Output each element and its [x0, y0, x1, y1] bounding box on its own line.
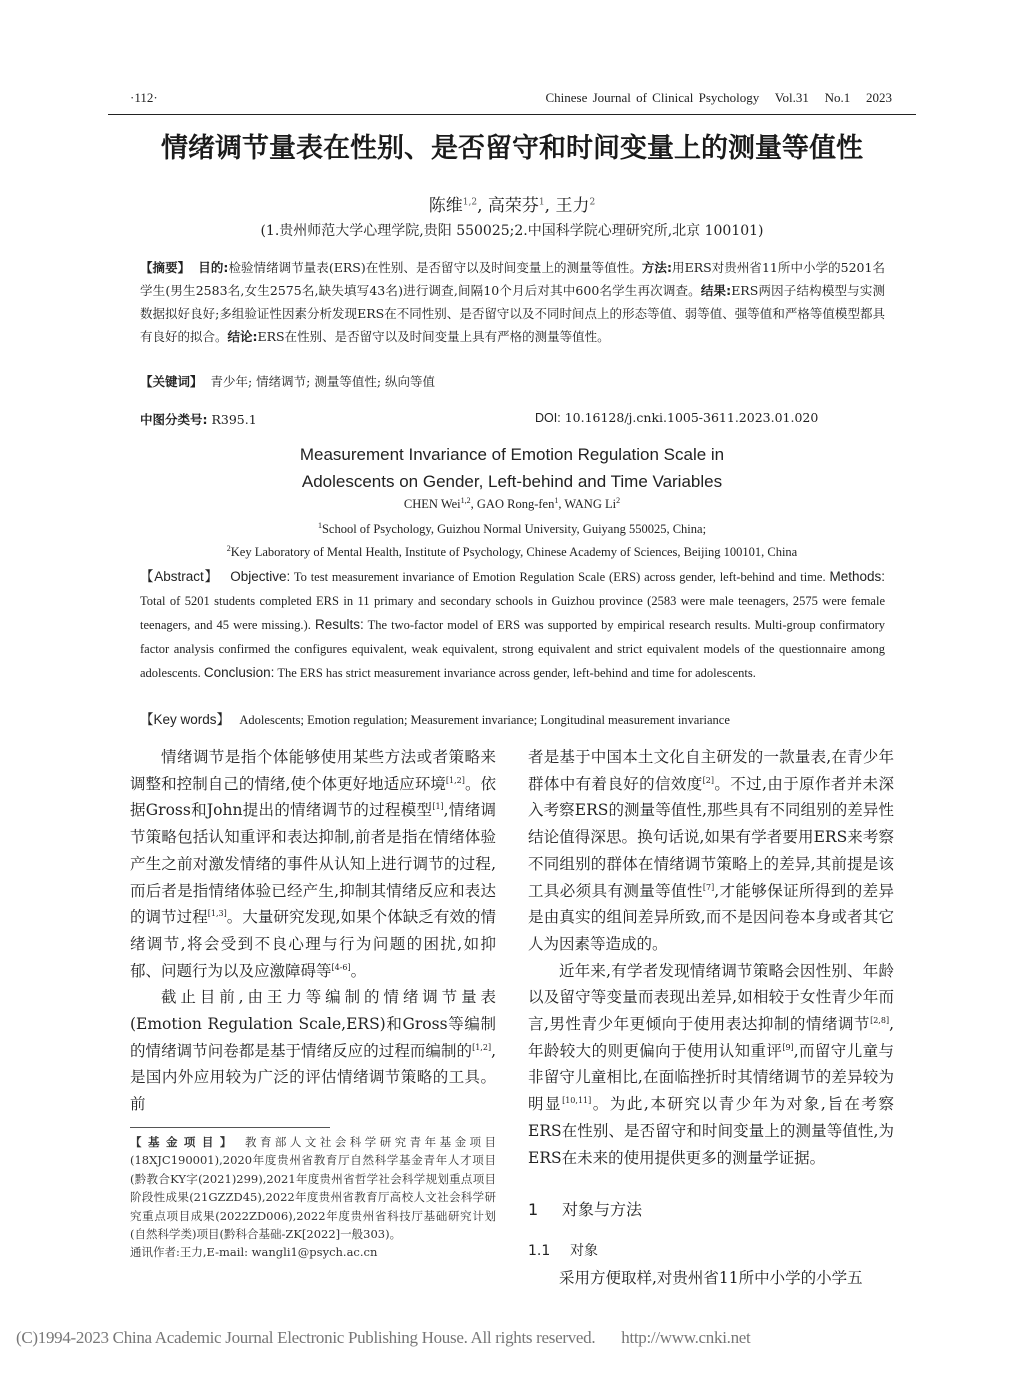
conclusion-text: The ERS has strict measurement invarianc…	[277, 666, 756, 680]
author-separator: ,	[545, 196, 556, 216]
body-text: 情绪调节是指个体能够使用某些方法或者策略来调整和控制自己的情绪,使个体更好地适应…	[130, 748, 496, 793]
title-en-line1: Measurement Invariance of Emotion Regula…	[0, 441, 1024, 468]
cnki-link[interactable]: http://www.cnki.net	[621, 1328, 750, 1347]
body-paragraph: 者是基于中国本土文化自主研发的一款量表,在青少年群体中有着良好的信效度[2]。不…	[528, 744, 894, 958]
running-header: Chinese Journal of Clinical Psychology V…	[545, 90, 892, 106]
citation: [1,3]	[208, 909, 227, 918]
objective-text: 检验情绪调节量表(ERS)在性别、是否留守以及时间变量上的测量等值性。	[228, 260, 641, 275]
affiliation-en-2: 2Key Laboratory of Mental Health, Instit…	[0, 544, 1024, 560]
funding-text: 教育部人文社会科学研究青年基金项目(18XJC190001),2020年度贵州省…	[130, 1135, 496, 1241]
classification-label: 中图分类号:	[140, 412, 208, 427]
author-name: 陈维	[429, 196, 463, 216]
citation: [1]	[432, 802, 443, 811]
abstract-label: 【摘要】	[140, 260, 190, 275]
affiliation-en-1: 1School of Psychology, Guizhou Normal Un…	[0, 521, 1024, 537]
citation: [4-6]	[332, 962, 351, 971]
journal-name: Chinese Journal of Clinical Psychology	[545, 90, 759, 105]
copyright-footer: (C)1994-2023 China Academic Journal Elec…	[16, 1328, 750, 1348]
objective-label: 目的:	[198, 260, 228, 275]
author-name: CHEN Wei	[404, 497, 461, 511]
citation: [2,8]	[870, 1016, 889, 1025]
paper-title-cn: 情绪调节量表在性别、是否留守和时间变量上的测量等值性	[0, 126, 1024, 165]
section-1-1-body: 采用方便取样,对贵州省11所中小学的小学五	[528, 1266, 894, 1288]
methods-label: 方法:	[642, 260, 672, 275]
doi: DOI: 10.16128/j.cnki.1005-3611.2023.01.0…	[535, 410, 818, 425]
section-number: 1.1	[528, 1243, 570, 1259]
keywords-cn: 【关键词】 青少年; 情绪调节; 测量等值性; 纵向等值	[140, 372, 435, 390]
journal-volume: Vol.31	[775, 90, 809, 105]
body-column-right: 者是基于中国本土文化自主研发的一款量表,在青少年群体中有着良好的信效度[2]。不…	[528, 744, 894, 1171]
corresponding-author: 通讯作者:王力,E-mail: wangli1@psych.ac.cn	[130, 1245, 377, 1259]
keywords-text: 青少年; 情绪调节; 测量等值性; 纵向等值	[210, 374, 435, 389]
objective-text: To test measurement invariance of Emotio…	[294, 570, 826, 584]
body-paragraph: 情绪调节是指个体能够使用某些方法或者策略来调整和控制自己的情绪,使个体更好地适应…	[130, 744, 496, 984]
body-paragraph: 截止目前,由王力等编制的情绪调节量表(Emotion Regulation Sc…	[130, 984, 496, 1118]
funding-label: 【基金项目】	[130, 1135, 238, 1149]
header-divider	[108, 114, 916, 115]
affiliation-text: School of Psychology, Guizhou Normal Uni…	[322, 522, 706, 536]
author-affiliation-mark: 1,2	[463, 197, 477, 207]
results-label: 结果:	[701, 283, 731, 298]
doi-value: 10.16128/j.cnki.1005-3611.2023.01.020	[565, 410, 819, 425]
citation: [1,2]	[472, 1043, 491, 1052]
body-text: 近年来,有学者发现情绪调节策略会因性别、年龄以及留守等变量而表现出差异,如相较于…	[528, 962, 894, 1033]
author-affiliation-mark: 2	[616, 496, 620, 505]
section-title: 对象	[570, 1243, 598, 1259]
author-name: 高荣芬	[488, 196, 539, 216]
section-number: 1	[528, 1200, 562, 1219]
classification-value: R395.1	[211, 412, 256, 427]
body-text: 。为此,本研究以青少年为对象,旨在考察ERS在性别、是否留守和时间变量上的测量等…	[528, 1095, 894, 1166]
abstract-en: 【Abstract】 Objective: To test measuremen…	[140, 565, 885, 686]
affiliation-text: Key Laboratory of Mental Health, Institu…	[231, 545, 797, 559]
citation: [9]	[782, 1043, 793, 1052]
methods-label: Methods:	[829, 569, 885, 584]
citation: [2]	[703, 776, 714, 785]
citation: [1,2]	[446, 776, 465, 785]
body-text: 截止目前,由王力等编制的情绪调节量表(Emotion Regulation Sc…	[130, 988, 496, 1059]
citation: [10,11]	[562, 1096, 591, 1105]
section-title: 对象与方法	[562, 1200, 642, 1219]
conclusion-label: 结论:	[228, 329, 258, 344]
funding-footnote: 【基金项目】 教育部人文社会科学研究青年基金项目(18XJC190001),20…	[130, 1133, 496, 1262]
authors-cn: 陈维1,2, 高荣芬1, 王力2	[0, 191, 1024, 216]
classification-number: 中图分类号: R395.1	[140, 410, 257, 428]
authors-en: CHEN Wei1,2, GAO Rong-fen1, WANG Li2	[0, 496, 1024, 512]
author-name: 王力	[555, 196, 589, 216]
author-affiliation-mark: 2	[589, 197, 595, 207]
journal-year: 2023	[866, 90, 892, 105]
title-en-line2: Adolescents on Gender, Left-behind and T…	[0, 468, 1024, 495]
doi-label: DOI:	[535, 411, 561, 425]
page-number: ·112·	[130, 90, 158, 106]
section-heading-1-1: 1.1对象	[528, 1240, 598, 1260]
objective-label: Objective:	[230, 569, 290, 584]
body-column-left: 情绪调节是指个体能够使用某些方法或者策略来调整和控制自己的情绪,使个体更好地适应…	[130, 744, 496, 1118]
keywords-label: 【关键词】	[140, 374, 203, 389]
results-label: Results:	[315, 617, 364, 632]
footnote-divider	[130, 1127, 330, 1128]
author-name: WANG Li	[564, 497, 616, 511]
abstract-cn: 【摘要】 目的:检验情绪调节量表(ERS)在性别、是否留守以及时间变量上的测量等…	[140, 256, 885, 348]
conclusion-label: Conclusion:	[204, 665, 275, 680]
author-separator: ,	[477, 196, 488, 216]
body-paragraph: 近年来,有学者发现情绪调节策略会因性别、年龄以及留守等变量而表现出差异,如相较于…	[528, 958, 894, 1172]
copyright-text: (C)1994-2023 China Academic Journal Elec…	[16, 1328, 595, 1347]
affiliation-cn: (1.贵州师范大学心理学院,贵阳 550025;2.中国科学院心理研究所,北京 …	[0, 220, 1024, 240]
body-text: 。	[351, 962, 367, 980]
citation: [7]	[703, 882, 714, 891]
author-name: GAO Rong-fen	[477, 497, 554, 511]
keywords-text: Adolescents; Emotion regulation; Measure…	[239, 713, 729, 727]
conclusion-text: ERS在性别、是否留守以及时间变量上具有严格的测量等值性。	[258, 329, 610, 344]
keywords-label: 【Key words】	[140, 712, 230, 727]
keywords-en: 【Key words】 Adolescents; Emotion regulat…	[140, 708, 730, 728]
paper-title-en: Measurement Invariance of Emotion Regula…	[0, 441, 1024, 495]
section-heading-1: 1对象与方法	[528, 1197, 642, 1220]
abstract-label: 【Abstract】	[140, 569, 219, 584]
journal-issue: No.1	[825, 90, 851, 105]
author-affiliation-mark: 1,2	[461, 496, 471, 505]
